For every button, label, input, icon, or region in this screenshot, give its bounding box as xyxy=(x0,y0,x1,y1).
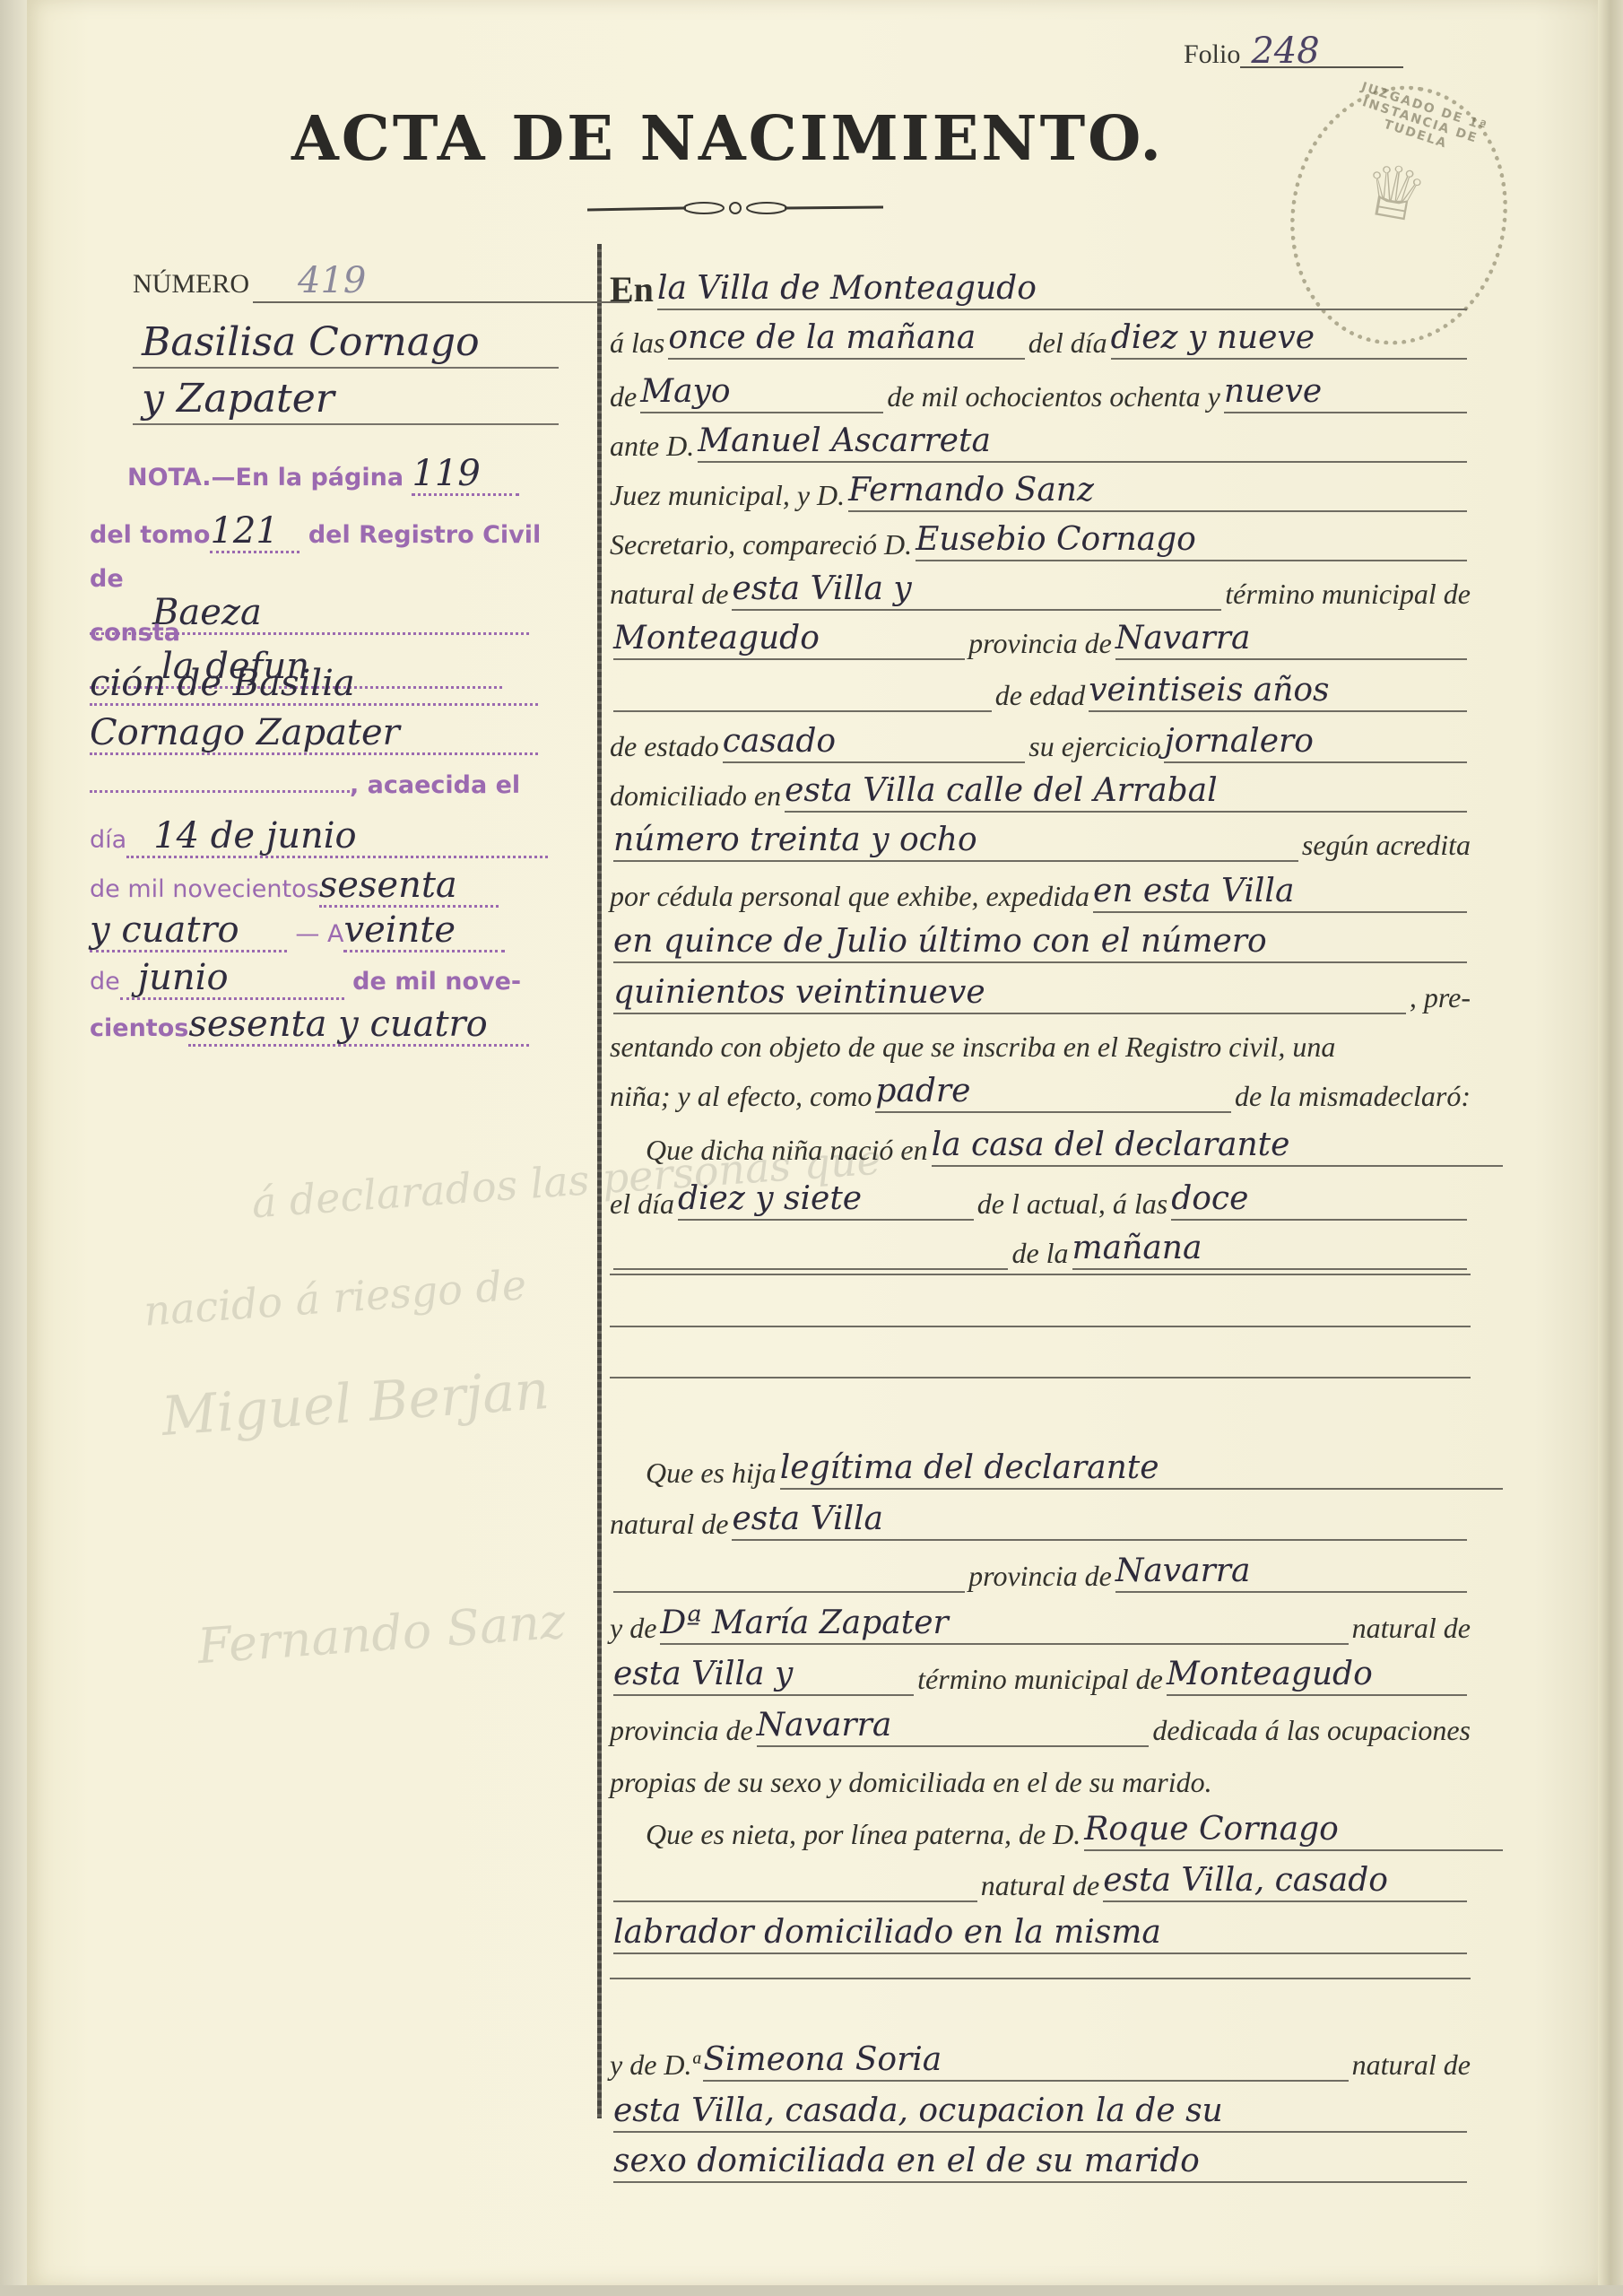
nota-line-2: del tomo121 del Registro Civil xyxy=(90,511,556,553)
record-number: NÚMERO419 xyxy=(133,260,629,303)
blank-rule xyxy=(613,1231,1008,1270)
printed-label: natural de xyxy=(610,1508,728,1541)
handwritten-entry: esta Villa calle del Arrabal xyxy=(785,773,1467,813)
handwritten-entry: Navarra xyxy=(757,1708,1150,1747)
handwritten-entry: Manuel Ascarreta xyxy=(698,423,1467,463)
printed-label: propias de su sexo y domiciliada en el d… xyxy=(610,1766,1212,1799)
handwritten-entry: esta Villa, casada, ocupacion la de su xyxy=(613,2093,1467,2133)
blank-rule xyxy=(610,1326,1471,1327)
nota-line-1: NOTA.—En la página 119 xyxy=(90,454,556,496)
printed-label: de edad xyxy=(995,679,1085,712)
printed-label: Que es nieta, por línea paterna, de D. xyxy=(646,1818,1081,1851)
record-line: natural deesta Villa ytérmino municipal … xyxy=(610,561,1471,611)
printed-label: , pre- xyxy=(1410,981,1471,1014)
binding-right-edge xyxy=(1598,0,1623,2296)
handwritten-entry: Dª María Zapater xyxy=(660,1605,1348,1645)
page-bottom-edge xyxy=(0,2285,1623,2296)
printed-label: sentando con objeto de que se inscriba e… xyxy=(610,1031,1335,1064)
printed-label: Secretario, compareció D. xyxy=(610,528,912,561)
nota-line-11: dejunio de mil nove- xyxy=(90,958,556,1000)
blank-rule xyxy=(613,673,992,712)
record-line: sentando con objeto de que se inscriba e… xyxy=(610,1013,1471,1064)
record-line: natural deesta Villa, casado xyxy=(610,1852,1471,1902)
title-ornament-icon xyxy=(587,199,883,217)
printed-label: por cédula personal que exhibe, expedida xyxy=(610,880,1089,913)
printed-label: de estado xyxy=(610,730,719,763)
document-title: ACTA DE NACIMIENTO. xyxy=(291,103,1164,175)
record-line: labrador domiciliado en la misma xyxy=(610,1904,1471,1954)
blank-rule xyxy=(610,1978,1471,1979)
record-line: de estadocasadosu ejerciciojornalero xyxy=(610,713,1471,763)
record-line: y de D.ªSimeona Sorianatural de xyxy=(610,2031,1471,2082)
record-line: provincia deNavarradedicada á las ocupac… xyxy=(610,1697,1471,1747)
record-line: y deDª María Zapaternatural de xyxy=(610,1595,1471,1645)
record-line: domiciliado enesta Villa calle del Arrab… xyxy=(610,762,1471,813)
nota-pagina: 119 xyxy=(412,454,519,496)
printed-label: á las xyxy=(610,326,664,360)
record-line: Juez municipal, y D.Fernando Sanz xyxy=(610,462,1471,512)
printed-label: , á las xyxy=(1098,1187,1167,1221)
printed-label: de la xyxy=(1011,1237,1068,1270)
handwritten-entry: mañana xyxy=(1072,1231,1467,1270)
handwritten-entry: esta Villa xyxy=(732,1501,1467,1541)
crown-icon: ♕ xyxy=(1356,146,1434,240)
record-line: Monteagudoprovincia deNavarra xyxy=(610,610,1471,660)
printed-label: Juez municipal, y D. xyxy=(610,479,845,512)
record-line: por cédula personal que exhibe, expedida… xyxy=(610,863,1471,913)
handwritten-entry: labrador domiciliado en la misma xyxy=(613,1915,1467,1954)
handwritten-entry: legítima del declarante xyxy=(780,1450,1503,1490)
handwritten-entry: diez y siete xyxy=(678,1181,974,1221)
printed-label: el día xyxy=(610,1187,674,1221)
binding-left-edge xyxy=(0,0,29,2296)
printed-label: natural de xyxy=(1352,1612,1471,1645)
handwritten-entry: la casa del declarante xyxy=(932,1127,1503,1167)
handwritten-entry: esta Villa y xyxy=(613,1657,914,1696)
handwritten-entry: jornalero xyxy=(1164,724,1467,763)
printed-label: natural de xyxy=(1352,2048,1471,2082)
nota-line-12: cientossesenta y cuatro xyxy=(90,1004,556,1047)
nota-line-10: y cuatro — Aveinte xyxy=(90,910,556,952)
handwritten-entry: Navarra xyxy=(1115,1553,1467,1593)
record-line: Enla Villa de Monteagudo xyxy=(610,260,1471,310)
printed-label: provincia de xyxy=(968,627,1112,660)
record-line: esta Villa ytérmino municipal deMonteagu… xyxy=(610,1646,1471,1696)
record-line: sexo domiciliada en el de su marido xyxy=(610,2133,1471,2183)
handwritten-entry: once de la mañana xyxy=(668,320,1024,360)
handwritten-entry: Navarra xyxy=(1115,621,1467,660)
handwritten-entry: quinientos veintinueve xyxy=(613,975,1406,1014)
handwritten-entry: padre xyxy=(875,1074,1231,1113)
column-divider xyxy=(597,244,602,2118)
record-line: de edadveintiseis años xyxy=(610,662,1471,712)
nota-line-7: , acaecida el xyxy=(90,771,556,799)
nota-line-8: día14 de junio xyxy=(90,816,556,858)
printed-label: provincia de xyxy=(968,1560,1112,1593)
record-line: á lasonce de la mañanadel díadiez y nuev… xyxy=(610,309,1471,360)
printed-label: natural de xyxy=(610,578,728,611)
printed-label: provincia de xyxy=(610,1714,753,1747)
nota-dia: 14 de junio xyxy=(126,816,548,858)
printed-label: su ejercicio xyxy=(1028,730,1160,763)
handwritten-entry: número treinta y ocho xyxy=(613,822,1298,862)
folio-value: 248 xyxy=(1240,36,1403,68)
handwritten-entry: diez y nueve xyxy=(1111,320,1467,360)
record-line: propias de su sexo y domiciliada en el d… xyxy=(610,1749,1471,1799)
record-line: provincia deNavarra xyxy=(610,1543,1471,1593)
handwritten-entry: en esta Villa xyxy=(1093,874,1467,913)
record-line: deMayode mil ochocientos ochenta ynueve xyxy=(610,363,1471,413)
printed-label: En xyxy=(610,268,654,310)
handwritten-entry: doce xyxy=(1171,1181,1467,1221)
handwritten-entry: en quince de Julio último con el número xyxy=(613,924,1467,963)
printed-label: de mil ochocientos ochenta y xyxy=(887,380,1219,413)
handwritten-entry: Roque Cornago xyxy=(1084,1812,1503,1851)
record-line: de lamañana xyxy=(610,1220,1471,1270)
printed-label: del día xyxy=(1028,326,1107,360)
registrant-name-line1: Basilisa Cornago xyxy=(133,318,559,369)
printed-label: según acredita xyxy=(1302,829,1471,862)
folio-label: Folio xyxy=(1184,39,1240,69)
record-line: natural deesta Villa xyxy=(610,1491,1471,1541)
printed-label: Que es hija xyxy=(646,1457,777,1490)
handwritten-entry: esta Villa, casado xyxy=(1103,1863,1467,1902)
record-line: esta Villa, casada, ocupacion la de su xyxy=(610,2083,1471,2133)
numero-value: 419 xyxy=(253,260,629,303)
handwritten-entry: Monteagudo xyxy=(1167,1657,1467,1696)
handwritten-entry: sexo domiciliada en el de su marido xyxy=(613,2144,1467,2183)
handwritten-entry: Mayo xyxy=(640,374,883,413)
handwritten-entry: casado xyxy=(723,724,1026,763)
printed-label: natural de xyxy=(981,1869,1099,1902)
blank-rule xyxy=(613,1863,977,1902)
nota-tomo: 121 xyxy=(210,511,299,553)
handwritten-entry: nueve xyxy=(1224,374,1467,413)
nota-line-6: Cornago Zapater xyxy=(90,713,556,755)
nota-line-9: de mil novecientossesenta xyxy=(90,865,556,908)
printed-label: ante D. xyxy=(610,430,694,463)
printed-label: Que dicha niña nació en xyxy=(646,1134,928,1167)
handwritten-entry: Eusebio Cornago xyxy=(916,522,1467,561)
record-line: quinientos veintinueve, pre- xyxy=(610,964,1471,1014)
handwritten-entry: esta Villa y xyxy=(732,571,1221,611)
record-line: Secretario, compareció D.Eusebio Cornago xyxy=(610,511,1471,561)
blank-rule xyxy=(610,1377,1471,1378)
handwritten-entry: Fernando Sanz xyxy=(848,473,1467,512)
record-line: Que dicha niña nació enla casa del decla… xyxy=(610,1117,1506,1167)
registrant-name-line2: y Zapater xyxy=(133,375,559,425)
printed-label: término municipal de xyxy=(1225,578,1471,611)
record-line: en quince de Julio último con el número xyxy=(610,913,1471,963)
handwritten-entry: veintiseis años xyxy=(1089,673,1467,712)
handwritten-entry: Simeona Soria xyxy=(703,2042,1348,2082)
folio-number: Folio248 xyxy=(1184,36,1403,70)
printed-label: de xyxy=(610,380,637,413)
printed-label: niña; y al efecto, como xyxy=(610,1080,872,1113)
nota-line-5: ción de Basilia xyxy=(90,664,556,706)
record-line: ante D.Manuel Ascarreta xyxy=(610,413,1471,463)
printed-label: de la misma xyxy=(1235,1080,1374,1113)
printed-label: término municipal de xyxy=(917,1663,1163,1696)
blank-rule xyxy=(610,1274,1471,1275)
record-line: niña; y al efecto, comopadrede la mismad… xyxy=(610,1063,1471,1113)
printed-label: y de xyxy=(610,1612,656,1645)
printed-label: declaró: xyxy=(1374,1080,1471,1113)
printed-label: dedicada á las ocupaciones xyxy=(1152,1714,1471,1747)
blank-rule xyxy=(613,1553,965,1593)
record-line: Que es hijalegítima del declarante xyxy=(610,1439,1506,1490)
numero-label: NÚMERO xyxy=(133,269,249,299)
printed-label: de l actual xyxy=(977,1187,1098,1221)
record-line: el díadiez y sietede l actual, á lasdoce xyxy=(610,1170,1471,1221)
handwritten-entry: Monteagudo xyxy=(613,621,965,660)
record-line: número treinta y ochosegún acredita xyxy=(610,812,1471,862)
record-line: Que es nieta, por línea paterna, de D.Ro… xyxy=(610,1801,1506,1851)
handwritten-entry: la Villa de Monteagudo xyxy=(657,271,1467,310)
printed-label: y de D.ª xyxy=(610,2048,699,2082)
printed-label: domiciliado en xyxy=(610,779,781,813)
